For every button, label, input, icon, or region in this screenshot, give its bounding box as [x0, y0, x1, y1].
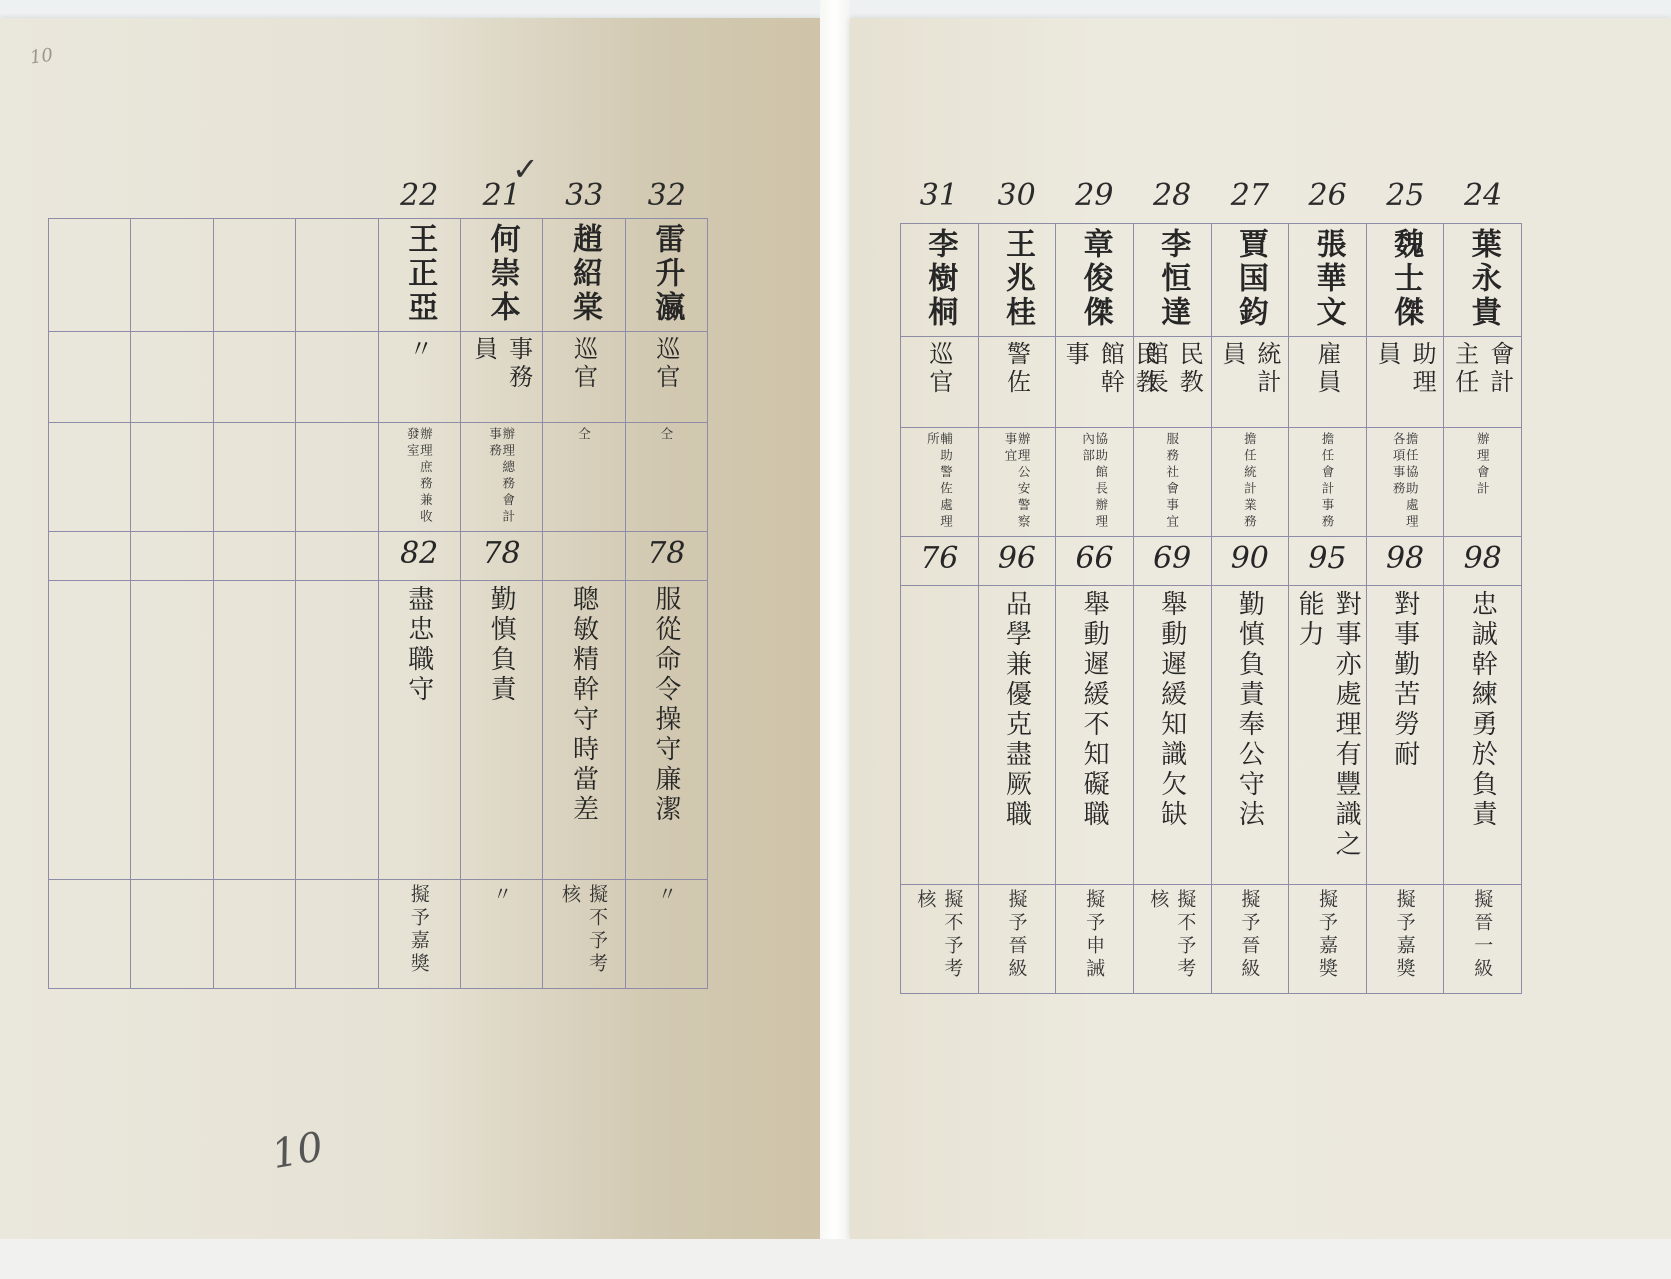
- job-title: 警佐: [999, 341, 1034, 423]
- comment-row: 品學兼優克盡厥職 舉動遲緩不知礙職 舉動遲緩知識欠缺 勤慎負責奉公守法 對事亦處…: [901, 586, 1522, 885]
- assessment-comment: 服從命令操守廉潔: [648, 585, 685, 875]
- duty-description: 擔任統計業務: [1243, 432, 1256, 532]
- proposal: 擬予嘉獎: [1314, 889, 1341, 989]
- employee-name: 賈国鈞: [1228, 228, 1272, 332]
- duty-description: 辦理公安警察事宜: [1004, 432, 1030, 532]
- proposal: 擬不予考核: [912, 889, 966, 989]
- score: 98: [1369, 541, 1442, 581]
- duty-row: 辦理庶務兼收發室 辦理總務會計事務 仝 仝: [49, 423, 708, 532]
- duty-description: 擔任協助處理各項事務: [1392, 432, 1418, 532]
- name-row: 王正亞 何崇本 趙紹棠 雷升瀛: [49, 219, 708, 332]
- assessment-comment: 對事亦處理有豐識之能力: [1291, 590, 1365, 880]
- score: 90: [1214, 541, 1287, 581]
- score: 78: [628, 536, 705, 576]
- entry-number: [48, 178, 131, 213]
- proposal: 擬不予考核: [1145, 889, 1199, 989]
- job-title: 〃: [402, 336, 437, 418]
- duty-description: 服務社會事宜: [1166, 432, 1179, 532]
- assessment-comment: 盡忠職守: [401, 585, 438, 875]
- employee-name: 王正亞: [397, 223, 441, 327]
- job-title: 巡官: [649, 336, 684, 418]
- entry-number: 27: [1211, 178, 1289, 213]
- duty-description: 仝: [660, 427, 673, 527]
- employee-name: 李樹桐: [917, 228, 961, 332]
- assessment-comment: 忠誠幹練勇於負責: [1464, 590, 1501, 880]
- duty-description: 辦理庶務兼收發室: [406, 427, 432, 527]
- job-title: 統計員: [1215, 341, 1285, 423]
- left-roster-table: 王正亞 何崇本 趙紹棠 雷升瀛 〃 事務員 巡官 巡官 辦理庶務兼收發室: [48, 218, 708, 989]
- score-row: 76 96 66 69 90 95 98 98: [901, 537, 1522, 586]
- entry-number: 30: [978, 178, 1056, 213]
- right-roster-table: 李樹桐 王兆桂 章俊傑 李恒達 賈国鈞 張華文 魏士傑 葉永貴 巡官 警佐 民教…: [900, 223, 1522, 994]
- job-title: 助理員: [1370, 341, 1440, 423]
- assessment-comment: 舉動遲緩知識欠缺: [1154, 590, 1191, 880]
- employee-name: 趙紹棠: [562, 223, 606, 327]
- entry-number: [213, 178, 296, 213]
- page-mark: 10: [29, 45, 55, 69]
- entry-number: 32: [626, 178, 709, 213]
- left-page: 10 ✓ 22 21 33 32 王正亞 何崇本 趙紹棠 雷升瀛: [0, 18, 820, 1239]
- proposal-row: 擬予嘉獎 〃 擬不予考核 〃: [49, 880, 708, 989]
- proposal: 擬予嘉獎: [406, 884, 433, 984]
- score: 69: [1136, 541, 1209, 581]
- proposal: 擬予嘉獎: [1392, 889, 1419, 989]
- proposal: 擬予晉級: [1236, 889, 1263, 989]
- scan-background: [0, 1239, 1671, 1279]
- duty-description: 辦理總務會計事務: [488, 427, 514, 527]
- title-row: 巡官 警佐 民教館幹事 民教館長 統計員 雇員 助理員 會計主任: [901, 337, 1522, 428]
- proposal: 〃: [488, 884, 515, 984]
- score-row: 82 78 78: [49, 532, 708, 581]
- score: [51, 536, 128, 576]
- job-title: 巡官: [566, 336, 601, 418]
- employee-name: 李恒達: [1150, 228, 1194, 332]
- entry-number: [296, 178, 379, 213]
- name-row: 李樹桐 王兆桂 章俊傑 李恒達 賈国鈞 張華文 魏士傑 葉永貴: [901, 224, 1522, 337]
- entry-number: 29: [1056, 178, 1134, 213]
- assessment-comment: 舉動遲緩不知礙職: [1076, 590, 1113, 880]
- score: [216, 536, 293, 576]
- proposal: 擬不予考核: [557, 884, 611, 984]
- book-spine: [820, 0, 850, 1279]
- entry-number: 31: [900, 178, 978, 213]
- score: [545, 536, 622, 576]
- score: [298, 536, 375, 576]
- duty-description: 擔任會計事務: [1321, 432, 1334, 532]
- score: 76: [903, 541, 976, 581]
- comment-row: 盡忠職守 勤慎負責 聰敏精幹守時當差 服從命令操守廉潔: [49, 581, 708, 880]
- employee-name: 張華文: [1305, 228, 1349, 332]
- job-title: 巡官: [922, 341, 957, 423]
- job-title: 會計主任: [1448, 341, 1518, 423]
- employee-name: 王兆桂: [995, 228, 1039, 332]
- employee-name: 何崇本: [480, 223, 524, 327]
- assessment-comment: 聰敏精幹守時當差: [565, 585, 602, 875]
- employee-name: 葉永貴: [1461, 228, 1505, 332]
- entry-number-row: 22 21 33 32: [48, 178, 708, 213]
- duty-description: 辦理會計: [1476, 432, 1489, 532]
- employee-name: 魏士傑: [1383, 228, 1427, 332]
- proposal: 擬予申誡: [1081, 889, 1108, 989]
- entry-number: [131, 178, 214, 213]
- proposal: 擬予晉級: [1003, 889, 1030, 989]
- entry-number: 33: [543, 178, 626, 213]
- entry-number-row: 31 30 29 28 27 26 25 24: [900, 178, 1522, 213]
- employee-name: 章俊傑: [1073, 228, 1117, 332]
- duty-description: 仝: [577, 427, 590, 527]
- entry-number: 25: [1367, 178, 1445, 213]
- assessment-comment: 品學兼優克盡厥職: [998, 590, 1035, 880]
- score: 78: [463, 536, 540, 576]
- folio-mark: 10: [268, 1124, 326, 1178]
- job-title: 事務員: [467, 336, 537, 418]
- document-spread: 10 ✓ 22 21 33 32 王正亞 何崇本 趙紹棠 雷升瀛: [0, 0, 1671, 1279]
- assessment-comment: 對事勤苦勞耐: [1387, 590, 1424, 880]
- proposal: 〃: [653, 884, 680, 984]
- score: 66: [1058, 541, 1131, 581]
- duty-row: 輔助警佐處理所 辦理公安警察事宜 協助館長辦理內部 服務社會事宜 擔任統計業務 …: [901, 428, 1522, 537]
- duty-description: 輔助警佐處理所: [926, 432, 952, 532]
- score: 95: [1291, 541, 1364, 581]
- assessment-comment: 勤慎負責奉公守法: [1231, 590, 1268, 880]
- score: 96: [981, 541, 1054, 581]
- score: [133, 536, 210, 576]
- proposal: 擬晉一級: [1469, 889, 1496, 989]
- right-page: 31 30 29 28 27 26 25 24 李樹桐 王兆桂 章俊傑 李恒達 …: [850, 18, 1671, 1239]
- assessment-comment: 勤慎負責: [483, 585, 520, 875]
- score: 82: [381, 536, 458, 576]
- proposal-row: 擬不予考核 擬予晉級 擬予申誡 擬不予考核 擬予晉級 擬予嘉獎 擬予嘉獎 擬晉一…: [901, 885, 1522, 994]
- entry-number: 26: [1289, 178, 1367, 213]
- entry-number: 21: [461, 178, 544, 213]
- job-title: 雇員: [1310, 341, 1345, 423]
- duty-description: 協助館長辦理內部: [1081, 432, 1107, 532]
- entry-number: 24: [1444, 178, 1522, 213]
- entry-number: 28: [1133, 178, 1211, 213]
- entry-number: 22: [378, 178, 461, 213]
- employee-name: 雷升瀛: [644, 223, 688, 327]
- job-title: 民教館長: [1137, 341, 1207, 423]
- score: 98: [1446, 541, 1519, 581]
- title-row: 〃 事務員 巡官 巡官: [49, 332, 708, 423]
